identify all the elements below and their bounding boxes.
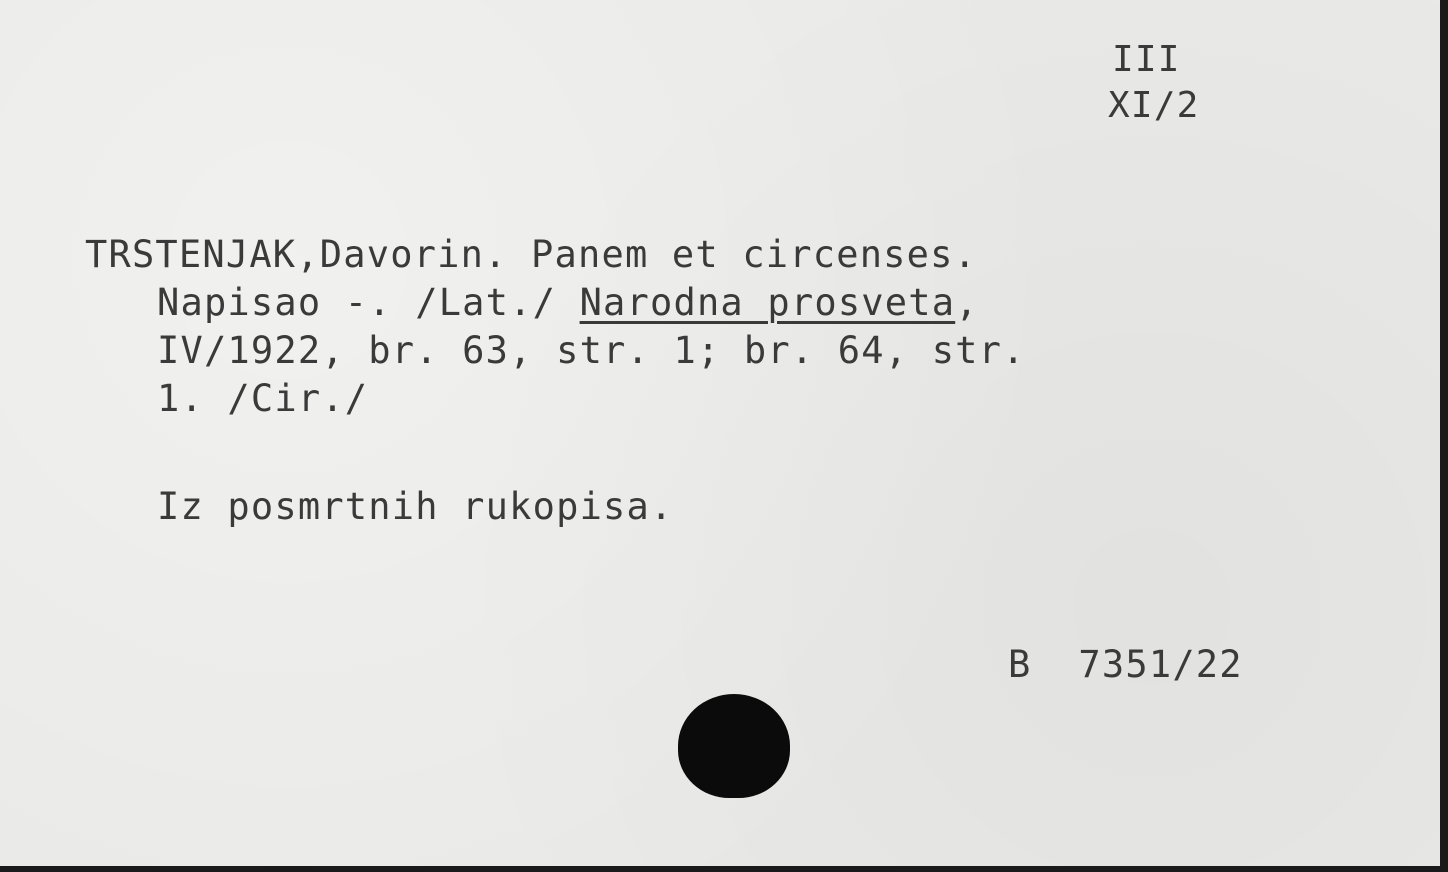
entry-heading: TRSTENJAK,Davorin. Panem et circenses. [85, 236, 977, 273]
publication-title: Narodna prosveta [580, 281, 956, 324]
catalog-card: III XI/2 TRSTENJAK,Davorin. Panem et cir… [0, 0, 1440, 866]
entry-line-4: 1. /Cir./ [157, 380, 368, 417]
author-statement: Napisao -. /Lat./ [157, 281, 580, 324]
author-and-title: Davorin. Panem et circenses. [320, 233, 977, 276]
entry-note: Iz posmrtnih rukopisa. [157, 488, 673, 525]
author-surname: TRSTENJAK, [85, 233, 320, 276]
card-bottom-edge [0, 866, 1448, 872]
entry-line-3: IV/1922, br. 63, str. 1; br. 64, str. [157, 332, 1026, 369]
call-number: B 7351/22 [1008, 646, 1243, 683]
shelf-mark-line-2: XI/2 [1108, 88, 1200, 124]
entry-line-2: Napisao -. /Lat./ Narodna prosveta, [157, 284, 979, 321]
publication-punctuation: , [955, 281, 978, 324]
shelf-mark-line-1: III [1112, 42, 1181, 78]
punch-hole-icon [678, 694, 790, 798]
